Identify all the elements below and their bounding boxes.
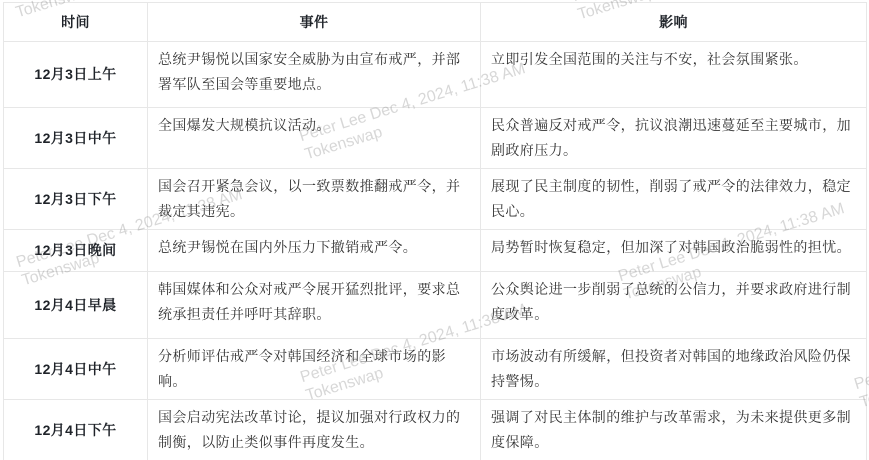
row-event: 国会召开紧急会议，以一致票数推翻戒严令，并裁定其违宪。 [148, 169, 481, 230]
row-impact: 市场波动有所缓解，但投资者对韩国的地缘政治风险仍保持警惕。 [481, 339, 867, 400]
row-time: 12月4日下午 [4, 400, 148, 460]
row-time: 12月3日中午 [4, 108, 148, 169]
row-impact: 展现了民主制度的韧性，削弱了戒严令的法律效力，稳定民心。 [481, 169, 867, 230]
column-header-impact: 影响 [481, 3, 867, 42]
row-event: 国会启动宪法改革讨论，提议加强对行政权力的制衡，以防止类似事件再度发生。 [148, 400, 481, 460]
table-row: 12月3日上午 总统尹锡悦以国家安全威胁为由宣布戒严，并部署军队至国会等重要地点… [4, 42, 867, 108]
table-row: 12月4日早晨 韩国媒体和公众对戒严令展开猛烈批评，要求总统承担责任并呼吁其辞职… [4, 272, 867, 339]
row-impact: 公众舆论进一步削弱了总统的公信力，并要求政府进行制度改革。 [481, 272, 867, 339]
row-impact: 民众普遍反对戒严令，抗议浪潮迅速蔓延至主要城市，加剧政府压力。 [481, 108, 867, 169]
row-impact: 立即引发全国范围的关注与不安，社会氛围紧张。 [481, 42, 867, 108]
row-time: 12月4日早晨 [4, 272, 148, 339]
row-time: 12月3日上午 [4, 42, 148, 108]
header-row: 时间 事件 影响 [4, 3, 867, 42]
table-row: 12月3日晚间 总统尹锡悦在国内外压力下撤销戒严令。 局势暂时恢复稳定，但加深了… [4, 230, 867, 272]
table-row: 12月4日中午 分析师评估戒严令对韩国经济和全球市场的影响。 市场波动有所缓解，… [4, 339, 867, 400]
row-impact: 局势暂时恢复稳定，但加深了对韩国政治脆弱性的担忧。 [481, 230, 867, 272]
row-time: 12月3日晚间 [4, 230, 148, 272]
row-impact: 强调了对民主体制的维护与改革需求，为未来提供更多制度保障。 [481, 400, 867, 460]
row-event: 全国爆发大规模抗议活动。 [148, 108, 481, 169]
column-header-event: 事件 [148, 3, 481, 42]
table-row: 12月3日下午 国会召开紧急会议，以一致票数推翻戒严令，并裁定其违宪。 展现了民… [4, 169, 867, 230]
timeline-table-container: 时间 事件 影响 12月3日上午 总统尹锡悦以国家安全威胁为由宣布戒严，并部署军… [3, 2, 867, 460]
row-time: 12月4日中午 [4, 339, 148, 400]
row-event: 分析师评估戒严令对韩国经济和全球市场的影响。 [148, 339, 481, 400]
table-row: 12月3日中午 全国爆发大规模抗议活动。 民众普遍反对戒严令，抗议浪潮迅速蔓延至… [4, 108, 867, 169]
column-header-time: 时间 [4, 3, 148, 42]
row-time: 12月3日下午 [4, 169, 148, 230]
table-row: 12月4日下午 国会启动宪法改革讨论，提议加强对行政权力的制衡，以防止类似事件再… [4, 400, 867, 460]
timeline-table: 时间 事件 影响 12月3日上午 总统尹锡悦以国家安全威胁为由宣布戒严，并部署军… [3, 2, 867, 460]
row-event: 总统尹锡悦在国内外压力下撤销戒严令。 [148, 230, 481, 272]
row-event: 韩国媒体和公众对戒严令展开猛烈批评，要求总统承担责任并呼吁其辞职。 [148, 272, 481, 339]
row-event: 总统尹锡悦以国家安全威胁为由宣布戒严，并部署军队至国会等重要地点。 [148, 42, 481, 108]
